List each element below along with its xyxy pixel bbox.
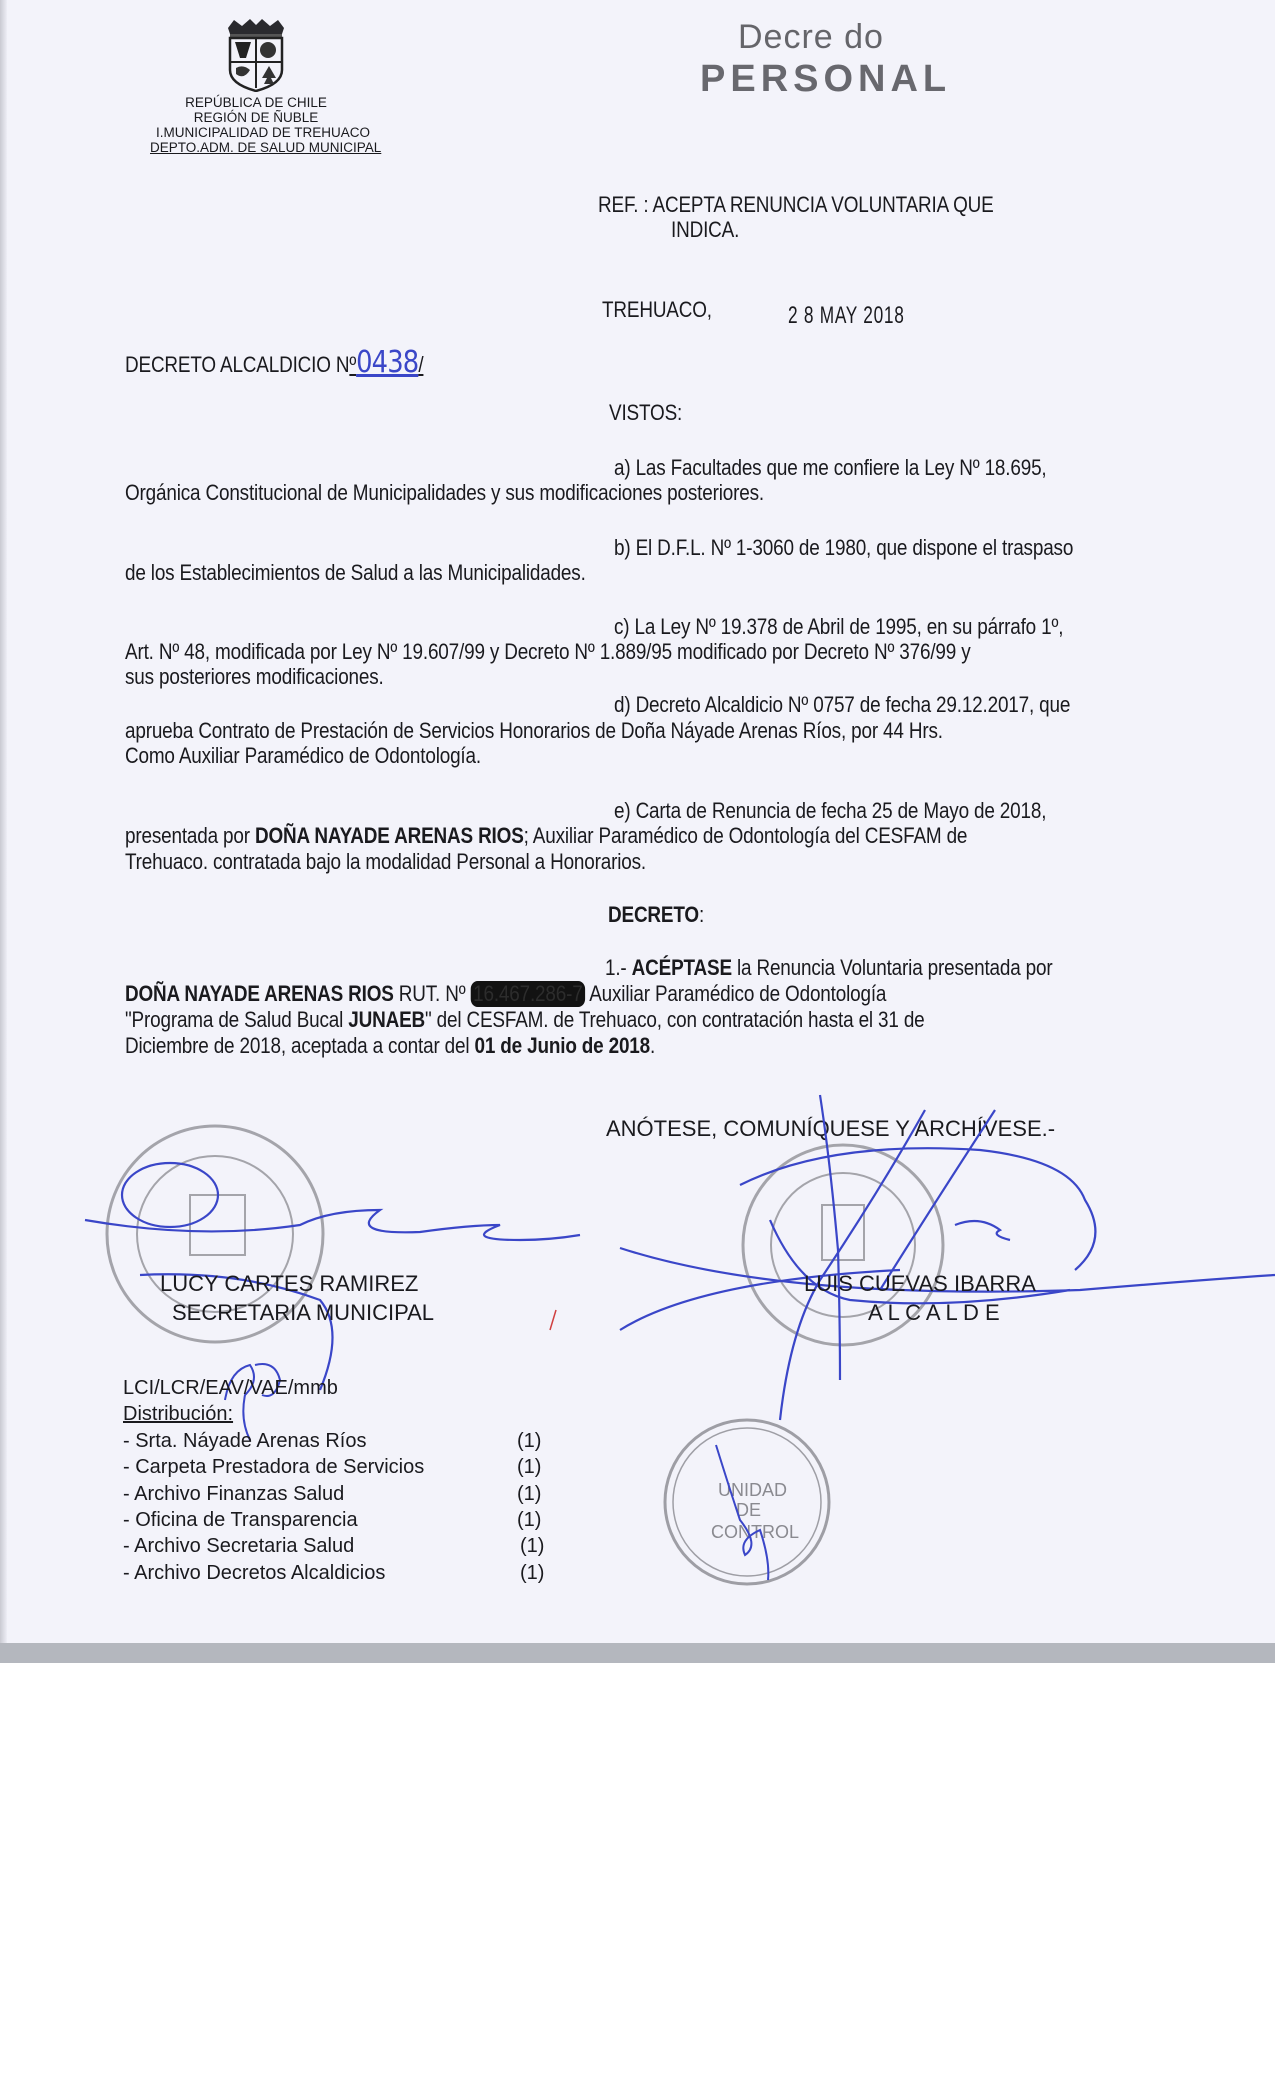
decreto-item1-line2: DOÑA NAYADE ARENAS RIOS RUT. Nº 16.467.2… (125, 981, 886, 1007)
closing-formula: ANÓTESE, COMUNÍQUESE Y ARCHÍVESE.- (606, 1116, 1055, 1142)
personal-stamp-line2: PERSONAL (700, 58, 951, 101)
visto-a-line1: a) Las Facultades que me confiere la Ley… (614, 455, 1047, 481)
personal-stamp-line1: Decre do (738, 18, 884, 57)
visto-e-name: DOÑA NAYADE ARENAS RIOS (255, 823, 524, 848)
visto-e-pre: presentada por (125, 823, 255, 848)
distribution-item-label: - Oficina de Transparencia (123, 1509, 358, 1532)
decreto-item1-line4: Diciembre de 2018, aceptada a contar del… (125, 1033, 655, 1059)
visto-d-line2: aprueba Contrato de Prestación de Servic… (125, 718, 943, 744)
item1-line4-post: . (650, 1033, 655, 1058)
distribution-item-label: - Archivo Decretos Alcaldicios (123, 1562, 385, 1585)
distribution-item-label: - Carpeta Prestadora de Servicios (123, 1456, 424, 1479)
header-line-municipality: I.MUNICIPALIDAD DE TREHUACO (156, 125, 356, 140)
item1-line3-post: " del CESFAM. de Trehuaco, con contratac… (425, 1007, 924, 1032)
visto-e-post: ; Auxiliar Paramédico de Odontología del… (524, 823, 968, 848)
header-line-region: REGIÓN DE ÑUBLE (176, 110, 336, 125)
municipal-coat-of-arms-icon (222, 18, 290, 92)
distribution-item-copies: (1) (517, 1430, 541, 1453)
visto-c-line3: sus posteriores modificaciones. (125, 664, 384, 690)
ref-line-1: REF. : ACEPTA RENUNCIA VOLUNTARIA QUE (598, 192, 994, 218)
initials-line: LCI/LCR/EAV/VAE/mmb (123, 1377, 338, 1400)
item1-rut-label: RUT. Nº (394, 981, 471, 1006)
header-line-department: DEPTO.ADM. DE SALUD MUNICIPAL (150, 140, 362, 155)
vistos-title: VISTOS: (609, 400, 682, 426)
decreto-item1-line3: "Programa de Salud Bucal JUNAEB" del CES… (125, 1007, 925, 1033)
visto-e-line2: presentada por DOÑA NAYADE ARENAS RIOS; … (125, 823, 967, 849)
distribution-item-copies: (1) (517, 1456, 541, 1479)
distribution-item-label: - Archivo Finanzas Salud (123, 1483, 344, 1506)
decree-number-line: DECRETO ALCALDICIO Nº0438/ (125, 345, 423, 380)
distribution-title: Distribución: (123, 1403, 233, 1426)
distribution-item-copies: (1) (517, 1483, 541, 1506)
date-stamp: 2 8 MAY 2018 (788, 302, 905, 330)
visto-a-line2: Orgánica Constitucional de Municipalidad… (125, 480, 764, 506)
item1-line3-pre: "Programa de Salud Bucal (125, 1007, 348, 1032)
decreto-colon: : (699, 902, 704, 927)
distribution-item-copies: (1) (520, 1535, 544, 1558)
decreto-title: DECRETO: (608, 902, 704, 928)
visto-e-line1: e) Carta de Renuncia de fecha 25 de Mayo… (614, 798, 1046, 824)
decree-label: DECRETO ALCALDICIO N (125, 352, 349, 377)
distribution-item-copies: (1) (517, 1509, 541, 1532)
distribution-item-label: - Archivo Secretaria Salud (123, 1535, 354, 1558)
header-line-republic: REPÚBLICA DE CHILE (176, 95, 336, 110)
item1-name: DOÑA NAYADE ARENAS RIOS (125, 981, 394, 1006)
place: TREHUACO, (602, 297, 712, 323)
item1-verb: ACÉPTASE (632, 955, 732, 980)
item1-line4-pre: Diciembre de 2018, aceptada a contar del (125, 1033, 475, 1058)
visto-b-line2: de los Establecimientos de Salud a las M… (125, 560, 586, 586)
item1-line1-rest: la Renuncia Voluntaria presentada por (732, 955, 1053, 980)
item1-line2-rest: Auxiliar Paramédico de Odontología (585, 981, 886, 1006)
mayor-title: A L C A L D E (868, 1300, 1000, 1326)
page-shadow (0, 1643, 1275, 1663)
ref-line-2: INDICA. (671, 217, 739, 243)
secretary-name: LUCY CARTES RAMIREZ (160, 1271, 418, 1297)
decree-no-sign: º (349, 352, 356, 377)
visto-d-line3: Como Auxiliar Paramédico de Odontología. (125, 743, 481, 769)
visto-c-line1: c) La Ley Nº 19.378 de Abril de 1995, en… (614, 614, 1063, 640)
item1-rut-redacted: 16.467.286-7 (471, 981, 586, 1007)
secretary-title-text: SECRETARIA MUNICIPAL (172, 1300, 434, 1326)
decreto-title-text: DECRETO (608, 902, 699, 927)
visto-b-line1: b) El D.F.L. Nº 1-3060 de 1980, que disp… (614, 535, 1073, 561)
visto-c-line2: Art. Nº 48, modificada por Ley Nº 19.607… (125, 639, 970, 665)
distribution-item-copies: (1) (520, 1562, 544, 1585)
decree-number: 0438 (356, 345, 418, 380)
decreto-item1-line1: 1.- ACÉPTASE la Renuncia Voluntaria pres… (605, 955, 1053, 981)
item1-effective-date: 01 de Junio de 2018 (475, 1033, 651, 1058)
visto-e-line3: Trehuaco. contratada bajo la modalidad P… (125, 849, 646, 875)
page-edge (0, 0, 7, 1643)
item1-program: JUNAEB (348, 1007, 425, 1032)
distribution-item-label: - Srta. Náyade Arenas Ríos (123, 1430, 366, 1453)
mayor-name: LUIS CUEVAS IBARRA (804, 1271, 1036, 1297)
item1-number: 1.- (605, 955, 632, 980)
decree-suffix: / (418, 352, 423, 377)
visto-d-line1: d) Decreto Alcaldicio Nº 0757 de fecha 2… (614, 692, 1070, 718)
